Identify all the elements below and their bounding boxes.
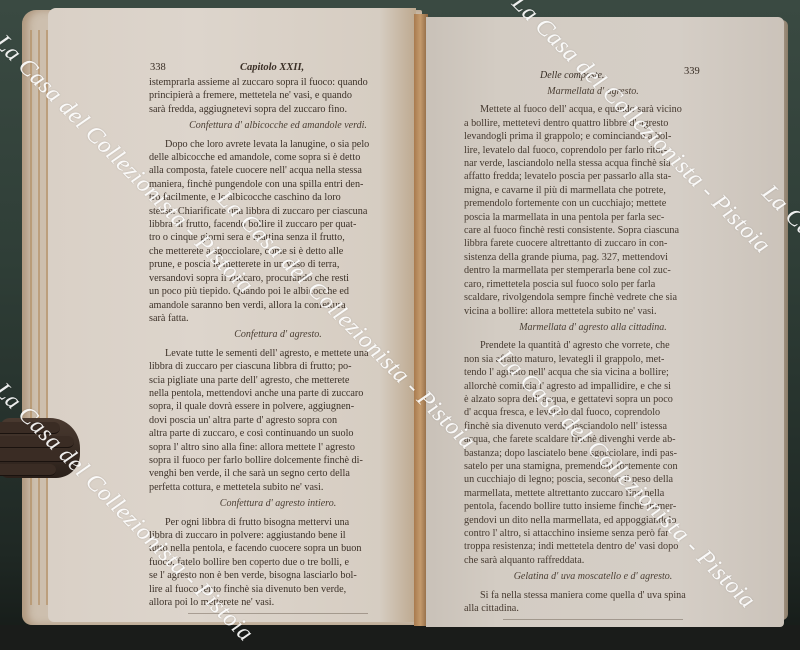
- text-line: libbra di zuccaro in polvere: aggiustand…: [149, 529, 407, 542]
- text-line: delle albicocche ed amandole, come sopra…: [149, 151, 407, 164]
- section-title: Marmellata d' agresto.: [464, 85, 722, 98]
- section-title: Marmellata d' agresto alla cittadina.: [464, 321, 722, 334]
- text-line: che sarà alquanto raffreddata.: [464, 554, 722, 567]
- text-line: a bollire, mettetevi dentro quattro libb…: [464, 117, 722, 130]
- text-line: levandogli prima il grappolo; e comincia…: [464, 130, 722, 143]
- text-line: stesse. Chiarificate una libbra di zucca…: [149, 205, 407, 218]
- text-line: altra parte di zuccaro, e così continuan…: [149, 427, 407, 440]
- text-line: Per ogni libbra di frutto bisogna metter…: [149, 516, 407, 529]
- right-running-head: Delle composte.: [540, 70, 604, 81]
- text-line: allora poi lo metterete ne' vasi.: [149, 596, 407, 609]
- text-line: satelo per una stamigna, premendolo fort…: [464, 460, 722, 473]
- finger: [0, 422, 60, 434]
- text-line: venghi ben verde, il che sarà un segno c…: [149, 467, 407, 480]
- text-line: vicina a bollire: allora mettetela subit…: [464, 305, 722, 318]
- finger: [0, 436, 74, 448]
- right-page-number: 339: [684, 66, 700, 77]
- left-running-head: Capitolo XXII,: [240, 62, 304, 73]
- text-line: dovi poscia un' altra parte d' agresto s…: [149, 414, 407, 427]
- text-line: se l' agresto non è ben verde, bisogna l…: [149, 569, 407, 582]
- text-line: poscia la marmellata in una pentola per …: [464, 211, 722, 224]
- section-title: Confettura d' albicocche ed amandole ver…: [149, 119, 407, 132]
- text-line: caro, rimettetela poscia sul fuoco solo …: [464, 278, 722, 291]
- section-title: Confettura d' agresto.: [149, 328, 407, 341]
- text-line: alla composta, fatele cuocere nell' acqu…: [149, 164, 407, 177]
- left-page-number: 338: [150, 62, 166, 73]
- text-line: tutto nella pentola, e facendo cuocere s…: [149, 542, 407, 555]
- text-line: care al fuoco finchè resti consistente. …: [464, 224, 722, 237]
- divider: [188, 613, 369, 614]
- text-line: tendo l' agresto nell' acqua che sia vic…: [464, 366, 722, 379]
- text-line: finchè sia divenuto verde, lasciandolo n…: [464, 420, 722, 433]
- text-line: migna, e cavarne il più di marmellata ch…: [464, 184, 722, 197]
- text-line: contro l' altro, si attacchino insieme s…: [464, 527, 722, 540]
- text-line: fuoco, fatelo bollire ben coperto due o …: [149, 556, 407, 569]
- text-line: istemprarla assieme al zuccaro sopra il …: [149, 76, 407, 89]
- section-title: Gelatina d' uva moscatello e d' agresto.: [464, 570, 722, 583]
- text-line: libbra di frutto, facendo bollire il zuc…: [149, 218, 407, 231]
- text-line: sopra il fuoco per farlo bollire dolceme…: [149, 454, 407, 467]
- text-line: marmellata, mettete altrettanto zuccaro …: [464, 487, 722, 500]
- text-line: premendolo fortemente con un cucchiajo; …: [464, 197, 722, 210]
- hand-holding-book: [0, 418, 80, 478]
- text-line: Levate tutte le sementi dell' agresto, e…: [149, 347, 407, 360]
- text-line: tro o cinque giorni sera e mattina senza…: [149, 231, 407, 244]
- page-edge: [30, 30, 32, 605]
- text-line: allorchè comincia l' agresto ad impallid…: [464, 380, 722, 393]
- text-line: acqua, che farete scaldare finchè diveng…: [464, 433, 722, 446]
- text-line: nar verde, lasciandolo nella stessa acqu…: [464, 157, 722, 170]
- right-page-text: Marmellata d' agresto. Mettete al fuoco …: [464, 82, 722, 624]
- text-line: affatto fredda; levatelo poscia per pass…: [464, 170, 722, 183]
- text-line: Prendete la quantità d' agresto che vorr…: [464, 339, 722, 352]
- text-line: tro facilmente, e le albicocche caschino…: [149, 191, 407, 204]
- text-line: principierà a fremere, mettetela ne' vas…: [149, 89, 407, 102]
- text-line: non sia affatto maturo, levategli il gra…: [464, 353, 722, 366]
- text-line: pentola, facendo bollire tutto insieme f…: [464, 500, 722, 513]
- text-line: sarà fatta.: [149, 312, 407, 325]
- text-line: lire al fuoco lento finchè sia divenuto …: [149, 583, 407, 596]
- text-line: libbra di zuccaro per ciascuna libbra di…: [149, 360, 407, 373]
- text-line: che metterete a sgocciolare, come si è d…: [149, 245, 407, 258]
- text-line: sopra l' altro sino alla fine: allora me…: [149, 441, 407, 454]
- text-line: amandole saranno ben verdi, allora la co…: [149, 299, 407, 312]
- page-edge: [38, 30, 40, 605]
- text-line: un poco più tiepido. Quando poi le albic…: [149, 285, 407, 298]
- text-line: lire, levatelo dal fuoco, coprendolo per…: [464, 144, 722, 157]
- text-line: troppa resistenza; indi mettetela dentro…: [464, 540, 722, 553]
- finger: [0, 464, 56, 476]
- text-line: nella pentola, mettendovi anche una part…: [149, 387, 407, 400]
- text-line: scia pigliate una parte dell' agresto, c…: [149, 374, 407, 387]
- text-line: sopra, il quale dovrà essere in polvere,…: [149, 400, 407, 413]
- finger: [0, 450, 70, 462]
- text-line: alla cittadina.: [464, 602, 722, 615]
- text-line: prune, e poscia le metterete in un vaso …: [149, 258, 407, 271]
- text-line: Dopo che loro avrete levata la lanugine,…: [149, 138, 407, 151]
- text-line: gendovi un dito nella marmellata, ed app…: [464, 514, 722, 527]
- text-line: versandovi sopra il zuccaro, procurando …: [149, 272, 407, 285]
- text-line: d' acqua fresca, e levatelo dal fuoco, c…: [464, 406, 722, 419]
- background-shadow: [0, 625, 800, 650]
- text-line: sistenza della grande piuma, pag. 327, m…: [464, 251, 722, 264]
- text-line: Mettete al fuoco dell' acqua, e quando s…: [464, 103, 722, 116]
- text-line: è alzato sopra dell' acqua, e gettatevi …: [464, 393, 722, 406]
- text-line: maniera, finchè pungendole con una spill…: [149, 178, 407, 191]
- text-line: perfetta cottura, e mettetela subito ne'…: [149, 481, 407, 494]
- text-line: Si fa nella stessa maniera come quella d…: [464, 589, 722, 602]
- text-line: sarà fredda, aggiugnetevi sopra del zucc…: [149, 103, 407, 116]
- text-line: bastanza; dopo lasciatelo bene sgocciola…: [464, 447, 722, 460]
- text-line: un cucchiajo di legno; poscia, secondo i…: [464, 473, 722, 486]
- section-title: Confettura d' agresto intiero.: [149, 497, 407, 510]
- left-page-text: istemprarla assieme al zuccaro sopra il …: [149, 76, 407, 618]
- divider: [503, 619, 684, 620]
- text-line: scaldare, rivolgendola sempre finchè ved…: [464, 291, 722, 304]
- text-line: dentro la marmellata per stemperarla ben…: [464, 264, 722, 277]
- text-line: libbra farete cuocere altrettanto di zuc…: [464, 237, 722, 250]
